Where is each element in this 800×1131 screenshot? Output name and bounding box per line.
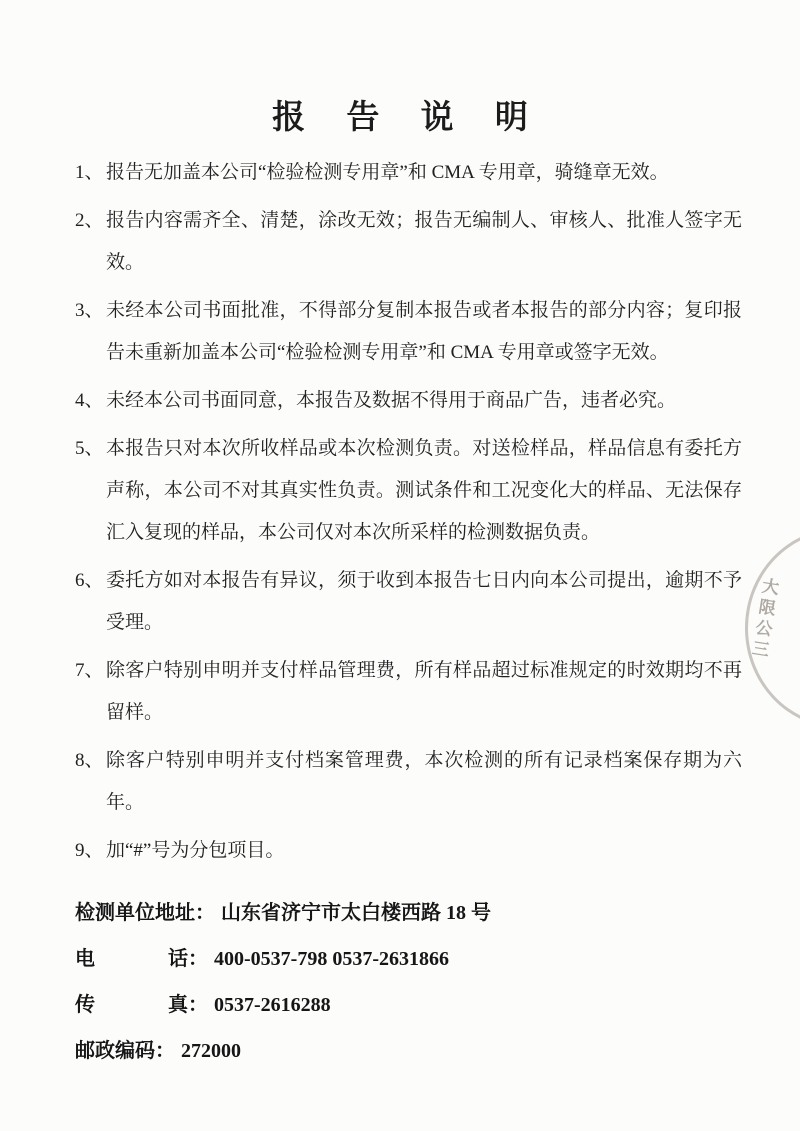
item-text: 加“#”号为分包项目。 — [106, 830, 742, 872]
item-text: 未经本公司书面批准，不得部分复制本报告或者本报告的部分内容；复印报告未重新加盖本… — [106, 290, 742, 374]
item-number: 8、 — [75, 740, 106, 824]
page-title: 报告说明 — [0, 97, 800, 140]
item-text: 本报告只对本次所收样品或本次检测负责。对送检样品，样品信息有委托方声称，本公司不… — [106, 428, 742, 554]
address-line: 检测单位地址：山东省济宁市太白楼西路 18 号 — [75, 898, 740, 928]
contact-block: 检测单位地址：山东省济宁市太白楼西路 18 号 电话：400-0537-798 … — [75, 898, 740, 1066]
fax-line: 传真：0537-2616288 — [75, 990, 740, 1020]
fax-label: 传真： — [75, 990, 208, 1020]
list-item: 5、 本报告只对本次所收样品或本次检测负责。对送检样品，样品信息有委托方声称，本… — [75, 428, 742, 554]
list-item: 8、 除客户特别申明并支付档案管理费，本次检测的所有记录档案保存期为六年。 — [75, 740, 742, 824]
fax-value: 0537-2616288 — [214, 994, 331, 1016]
list-item: 1、 报告无加盖本公司“检验检测专用章”和 CMA 专用章，骑缝章无效。 — [75, 152, 742, 194]
item-text: 报告无加盖本公司“检验检测专用章”和 CMA 专用章，骑缝章无效。 — [106, 152, 742, 194]
phone-label: 电话： — [75, 944, 208, 974]
address-value: 山东省济宁市太白楼西路 18 号 — [221, 902, 491, 924]
item-number: 6、 — [75, 560, 106, 644]
item-number: 5、 — [75, 428, 106, 554]
item-number: 7、 — [75, 650, 106, 734]
phone-line: 电话：400-0537-798 0537-2631866 — [75, 944, 740, 974]
list-item: 2、 报告内容需齐全、清楚，涂改无效；报告无编制人、审核人、批准人签字无效。 — [75, 200, 742, 284]
list-item: 6、 委托方如对本报告有异议，须于收到本报告七日内向本公司提出，逾期不予受理。 — [75, 560, 742, 644]
item-text: 除客户特别申明并支付档案管理费，本次检测的所有记录档案保存期为六年。 — [106, 740, 742, 824]
postcode-label: 邮政编码： — [75, 1036, 175, 1066]
item-number: 9、 — [75, 830, 106, 872]
item-number: 3、 — [75, 290, 106, 374]
list-item: 3、 未经本公司书面批准，不得部分复制本报告或者本报告的部分内容；复印报告未重新… — [75, 290, 742, 374]
clause-list: 1、 报告无加盖本公司“检验检测专用章”和 CMA 专用章，骑缝章无效。 2、 … — [75, 152, 742, 872]
item-number: 1、 — [75, 152, 106, 194]
list-item: 7、 除客户特别申明并支付样品管理费，所有样品超过标准规定的时效期均不再留样。 — [75, 650, 742, 734]
address-label: 检测单位地址： — [75, 898, 215, 928]
item-text: 委托方如对本报告有异议，须于收到本报告七日内向本公司提出，逾期不予受理。 — [106, 560, 742, 644]
item-text: 未经本公司书面同意，本报告及数据不得用于商品广告，违者必究。 — [106, 380, 742, 422]
list-item: 9、 加“#”号为分包项目。 — [75, 830, 742, 872]
item-number: 4、 — [75, 380, 106, 422]
list-item: 4、 未经本公司书面同意，本报告及数据不得用于商品广告，违者必究。 — [75, 380, 742, 422]
postcode-line: 邮政编码：272000 — [75, 1036, 740, 1066]
item-number: 2、 — [75, 200, 106, 284]
item-text: 报告内容需齐全、清楚，涂改无效；报告无编制人、审核人、批准人签字无效。 — [106, 200, 742, 284]
postcode-value: 272000 — [181, 1040, 241, 1062]
report-notes-page: 报告说明 1、 报告无加盖本公司“检验检测专用章”和 CMA 专用章，骑缝章无效… — [0, 0, 800, 1131]
item-text: 除客户特别申明并支付样品管理费，所有样品超过标准规定的时效期均不再留样。 — [106, 650, 742, 734]
phone-value: 400-0537-798 0537-2631866 — [214, 948, 449, 970]
